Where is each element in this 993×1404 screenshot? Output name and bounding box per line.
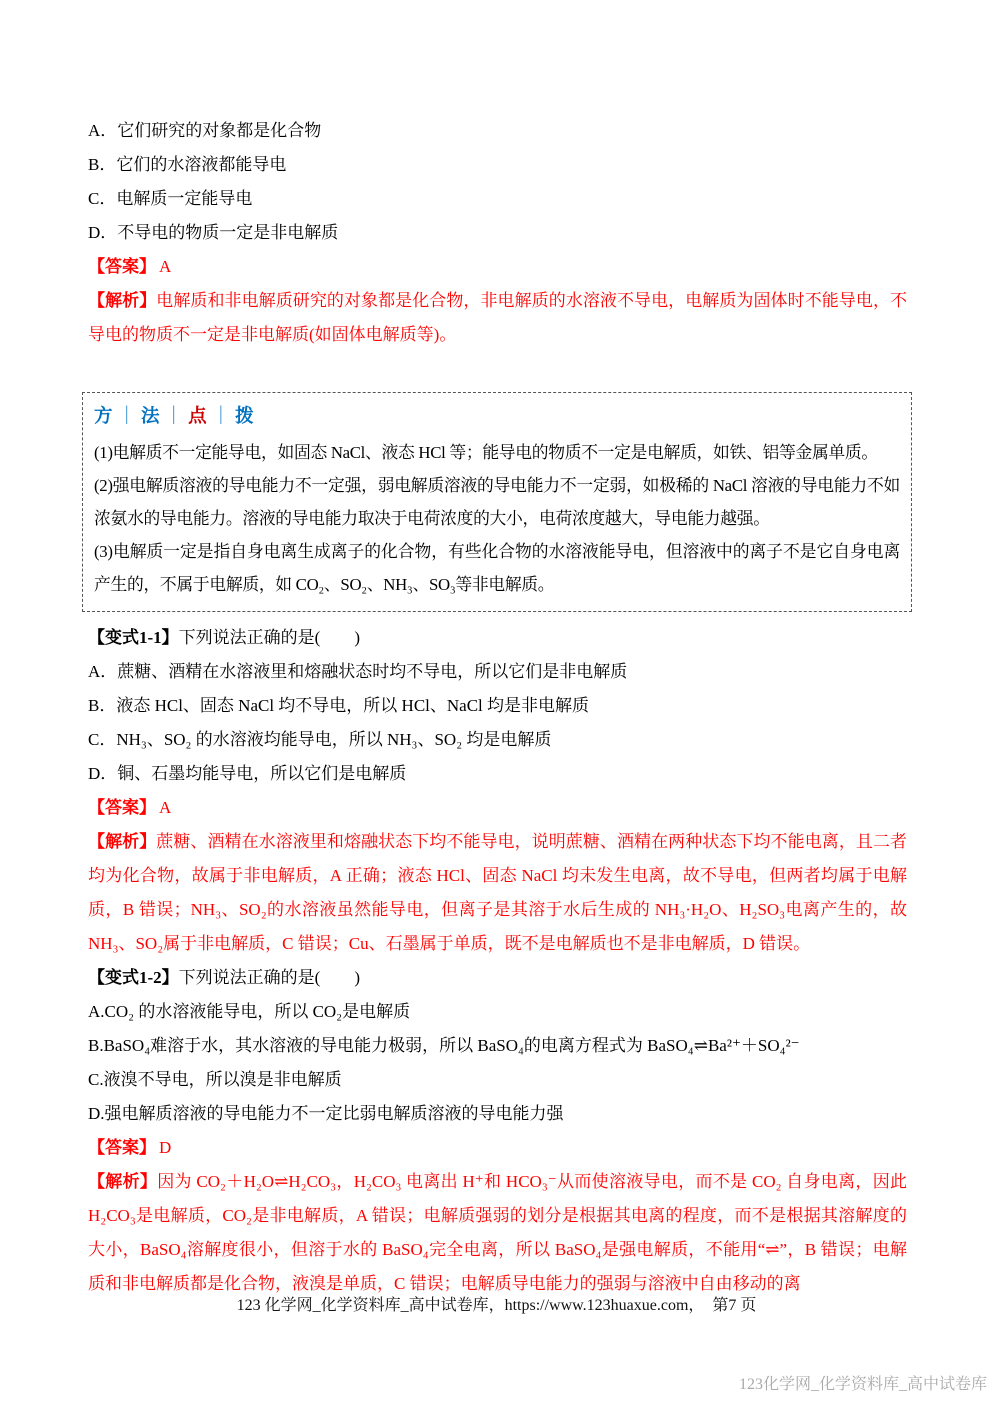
divider: ｜	[212, 405, 231, 426]
variant-1-2-analysis-line: 【解析】因为 CO₂＋H₂O⇌H₂CO₃，H₂CO₃ 电离出 H⁺和 HCO₃⁻…	[88, 1165, 907, 1301]
variant-1-2-option-d: D.强电解质溶液的导电能力不一定比弱电解质溶液的导电能力强	[88, 1097, 907, 1131]
variant-1-1-block: 【变式1-1】下列说法正确的是( ) A．蔗糖、酒精在水溶液里和熔融状态时均不导…	[88, 621, 907, 961]
method-title-char: 方	[94, 405, 113, 426]
variant-1-2-option-b: B.BaSO₄难溶于水，其水溶液的导电能力极弱，所以 BaSO₄的电离方程式为 …	[88, 1029, 907, 1063]
analysis-label: 【解析】	[88, 291, 156, 310]
analysis-label: 【解析】	[88, 832, 156, 851]
page-footer: 123 化学网_化学资料库_高中试卷库，https://www.123huaxu…	[0, 1292, 993, 1315]
method-tips-box: 方｜法｜点｜拨 (1)电解质不一定能导电，如固态 NaCl、液态 HCl 等；能…	[82, 392, 912, 612]
answer-value: D	[159, 1138, 171, 1157]
method-point-3: (3)电解质一定是指自身电离生成离子的化合物，有些化合物的水溶液能导电，但溶液中…	[94, 535, 900, 601]
document-page: A．它们研究的对象都是化合物 B．它们的水溶液都能导电 C．电解质一定能导电 D…	[0, 0, 993, 1404]
page-content: A．它们研究的对象都是化合物 B．它们的水溶液都能导电 C．电解质一定能导电 D…	[0, 0, 993, 1301]
question1-option-d: D．不导电的物质一定是非电解质	[88, 216, 907, 250]
answer-label: 【答案】	[88, 1138, 156, 1157]
variant-1-2-title: 【变式1-2】下列说法正确的是( )	[88, 961, 907, 995]
method-tips-title: 方｜法｜点｜拨	[94, 400, 900, 431]
variant-1-1-answer-line: 【答案】A	[88, 791, 907, 825]
question1-analysis-line: 【解析】电解质和非电解质研究的对象都是化合物，非电解质的水溶液不导电，电解质为固…	[88, 284, 907, 352]
variant-1-2-answer-line: 【答案】D	[88, 1131, 907, 1165]
variant-1-1-option-c: C．NH₃、SO₂ 的水溶液均能导电，所以 NH₃、SO₂ 均是电解质	[88, 723, 907, 757]
analysis-text: 电解质和非电解质研究的对象都是化合物，非电解质的水溶液不导电，电解质为固体时不能…	[88, 291, 907, 344]
variant-1-2-option-c: C.液溴不导电，所以溴是非电解质	[88, 1063, 907, 1097]
method-title-char: 点	[188, 405, 207, 426]
question1-answer-line: 【答案】A	[88, 250, 907, 284]
analysis-label: 【解析】	[88, 1172, 157, 1191]
variant-1-2-option-a: A.CO₂ 的水溶液能导电，所以 CO₂是电解质	[88, 995, 907, 1029]
question1-options: A．它们研究的对象都是化合物 B．它们的水溶液都能导电 C．电解质一定能导电 D…	[88, 114, 907, 250]
variant-1-2-block: 【变式1-2】下列说法正确的是( ) A.CO₂ 的水溶液能导电，所以 CO₂是…	[88, 961, 907, 1301]
answer-value: A	[159, 798, 171, 817]
analysis-text: 因为 CO₂＋H₂O⇌H₂CO₃，H₂CO₃ 电离出 H⁺和 HCO₃⁻从而使溶…	[88, 1172, 907, 1293]
variant-1-1-title: 【变式1-1】下列说法正确的是( )	[88, 621, 907, 655]
variant-1-1-option-a: A．蔗糖、酒精在水溶液里和熔融状态时均不导电，所以它们是非电解质	[88, 655, 907, 689]
divider: ｜	[118, 405, 137, 426]
variant-1-1-analysis-line: 【解析】蔗糖、酒精在水溶液里和熔融状态下均不能导电，说明蔗糖、酒精在两种状态下均…	[88, 825, 907, 961]
variant-title-text: 下列说法正确的是( )	[179, 628, 360, 647]
analysis-text: 蔗糖、酒精在水溶液里和熔融状态下均不能导电，说明蔗糖、酒精在两种状态下均不能电离…	[88, 832, 907, 953]
watermark: 123化学网_化学资料库_高中试卷库	[739, 1371, 987, 1394]
variant-tag: 【变式1-1】	[88, 628, 179, 647]
answer-label: 【答案】	[88, 257, 156, 276]
variant-1-1-option-d: D．铜、石墨均能导电，所以它们是电解质	[88, 757, 907, 791]
variant-tag: 【变式1-2】	[88, 968, 179, 987]
method-title-char: 拨	[235, 405, 254, 426]
divider: ｜	[165, 405, 184, 426]
method-point-2: (2)强电解质溶液的导电能力不一定强，弱电解质溶液的导电能力不一定弱，如极稀的 …	[94, 469, 900, 535]
answer-label: 【答案】	[88, 798, 156, 817]
answer-value: A	[159, 257, 171, 276]
method-point-1: (1)电解质不一定能导电，如固态 NaCl、液态 HCl 等；能导电的物质不一定…	[94, 436, 900, 469]
method-title-char: 法	[141, 405, 160, 426]
variant-1-1-option-b: B．液态 HCl、固态 NaCl 均不导电，所以 HCl、NaCl 均是非电解质	[88, 689, 907, 723]
question1-option-b: B．它们的水溶液都能导电	[88, 148, 907, 182]
variant-title-text: 下列说法正确的是( )	[179, 968, 360, 987]
question1-option-c: C．电解质一定能导电	[88, 182, 907, 216]
question1-option-a: A．它们研究的对象都是化合物	[88, 114, 907, 148]
